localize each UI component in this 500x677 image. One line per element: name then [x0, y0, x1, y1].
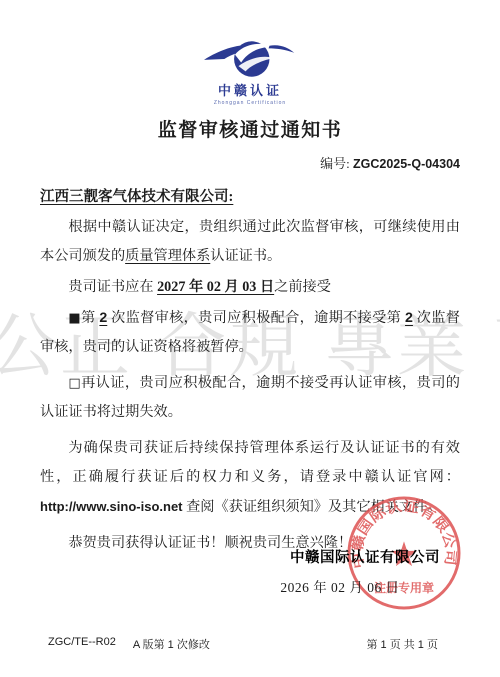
paragraph-text: 认证证书。: [210, 248, 281, 264]
footer-left: ZGC/TE--R02 A 版第 1 次修改: [48, 636, 210, 652]
brand-logo: 中赣认证 Zhonggan Certification: [40, 36, 460, 106]
document-number-line: 编号: ZGC2025-Q-04304: [40, 153, 460, 172]
recipient-company-name: 江西三靓客气体技术有限公司:: [40, 185, 460, 206]
footer-page-info: 第 1 页 共 1 页: [366, 636, 438, 652]
document-footer: ZGC/TE--R02 A 版第 1 次修改 第 1 页 共 1 页: [48, 636, 438, 652]
issuing-company-name: 中赣国际认证有限公司: [220, 546, 460, 567]
paragraph-option-surveillance: ■第 2 次监督审核，贵司应积极配合，逾期不接受第 2 次监督审核，贵司的认证资…: [40, 304, 460, 362]
official-website-link[interactable]: http://www.sino-iso.net: [40, 499, 183, 514]
globe-swoosh-icon: [195, 36, 305, 82]
empty-checkbox-icon: □: [68, 376, 81, 391]
certified-system-underlined: 质量管理体系: [125, 248, 210, 264]
footer-revision: A 版第 1 次修改: [133, 636, 210, 652]
paragraph-text: 第: [81, 310, 99, 326]
brand-name-english: Zhonggan Certification: [40, 100, 460, 106]
paragraph-option-recertification: □再认证，贵司应积极配合，逾期不接受再认证审核，贵司的认证证书将过期失效。: [40, 369, 460, 427]
paragraph-deadline: 贵司证书应在 2027 年 02 月 03 日之前接受: [40, 273, 460, 302]
audit-number-underlined: 2: [405, 310, 413, 326]
paragraph-text: 次监督审核，贵司应积极配合，逾期不接受第: [107, 310, 405, 326]
issue-date: 2026 年 02 月 06 日: [220, 576, 460, 596]
deadline-date-underlined: 2027 年 02 月 03 日: [157, 279, 274, 295]
notice-document-page: 公正 合規 專業 高效 中赣认证 Zhonggan Certification …: [0, 0, 500, 677]
paragraph-text: 贵司证书应在: [68, 279, 157, 295]
paragraph-text: 再认证，贵司应积极配合，逾期不接受再认证审核，贵司的认证证书将过期失效。: [40, 375, 460, 420]
paragraph-audit-result: 根据中赣认证决定，贵组织通过此次监督审核，可继续使用由本公司颁发的质量管理体系认…: [40, 213, 460, 271]
paragraph-text: 之前接受: [274, 279, 331, 295]
footer-doc-code: ZGC/TE--R02: [48, 636, 116, 652]
document-number-value: ZGC2025-Q-04304: [353, 157, 460, 171]
paragraph-text: 为确保贵司获证后持续保持管理体系运行及认证证书的有效性，正确履行获证后的权力和义…: [40, 440, 460, 485]
brand-name: 中赣认证: [40, 80, 460, 99]
document-content: 中赣认证 Zhonggan Certification 监督审核通过通知书 编号…: [0, 0, 500, 558]
document-number-label: 编号:: [320, 156, 353, 171]
signature-block: 中赣国际认证有限公司 2026 年 02 月 06 日: [220, 546, 460, 596]
document-title: 监督审核通过通知书: [40, 115, 460, 142]
filled-checkbox-icon: ■: [68, 311, 81, 326]
